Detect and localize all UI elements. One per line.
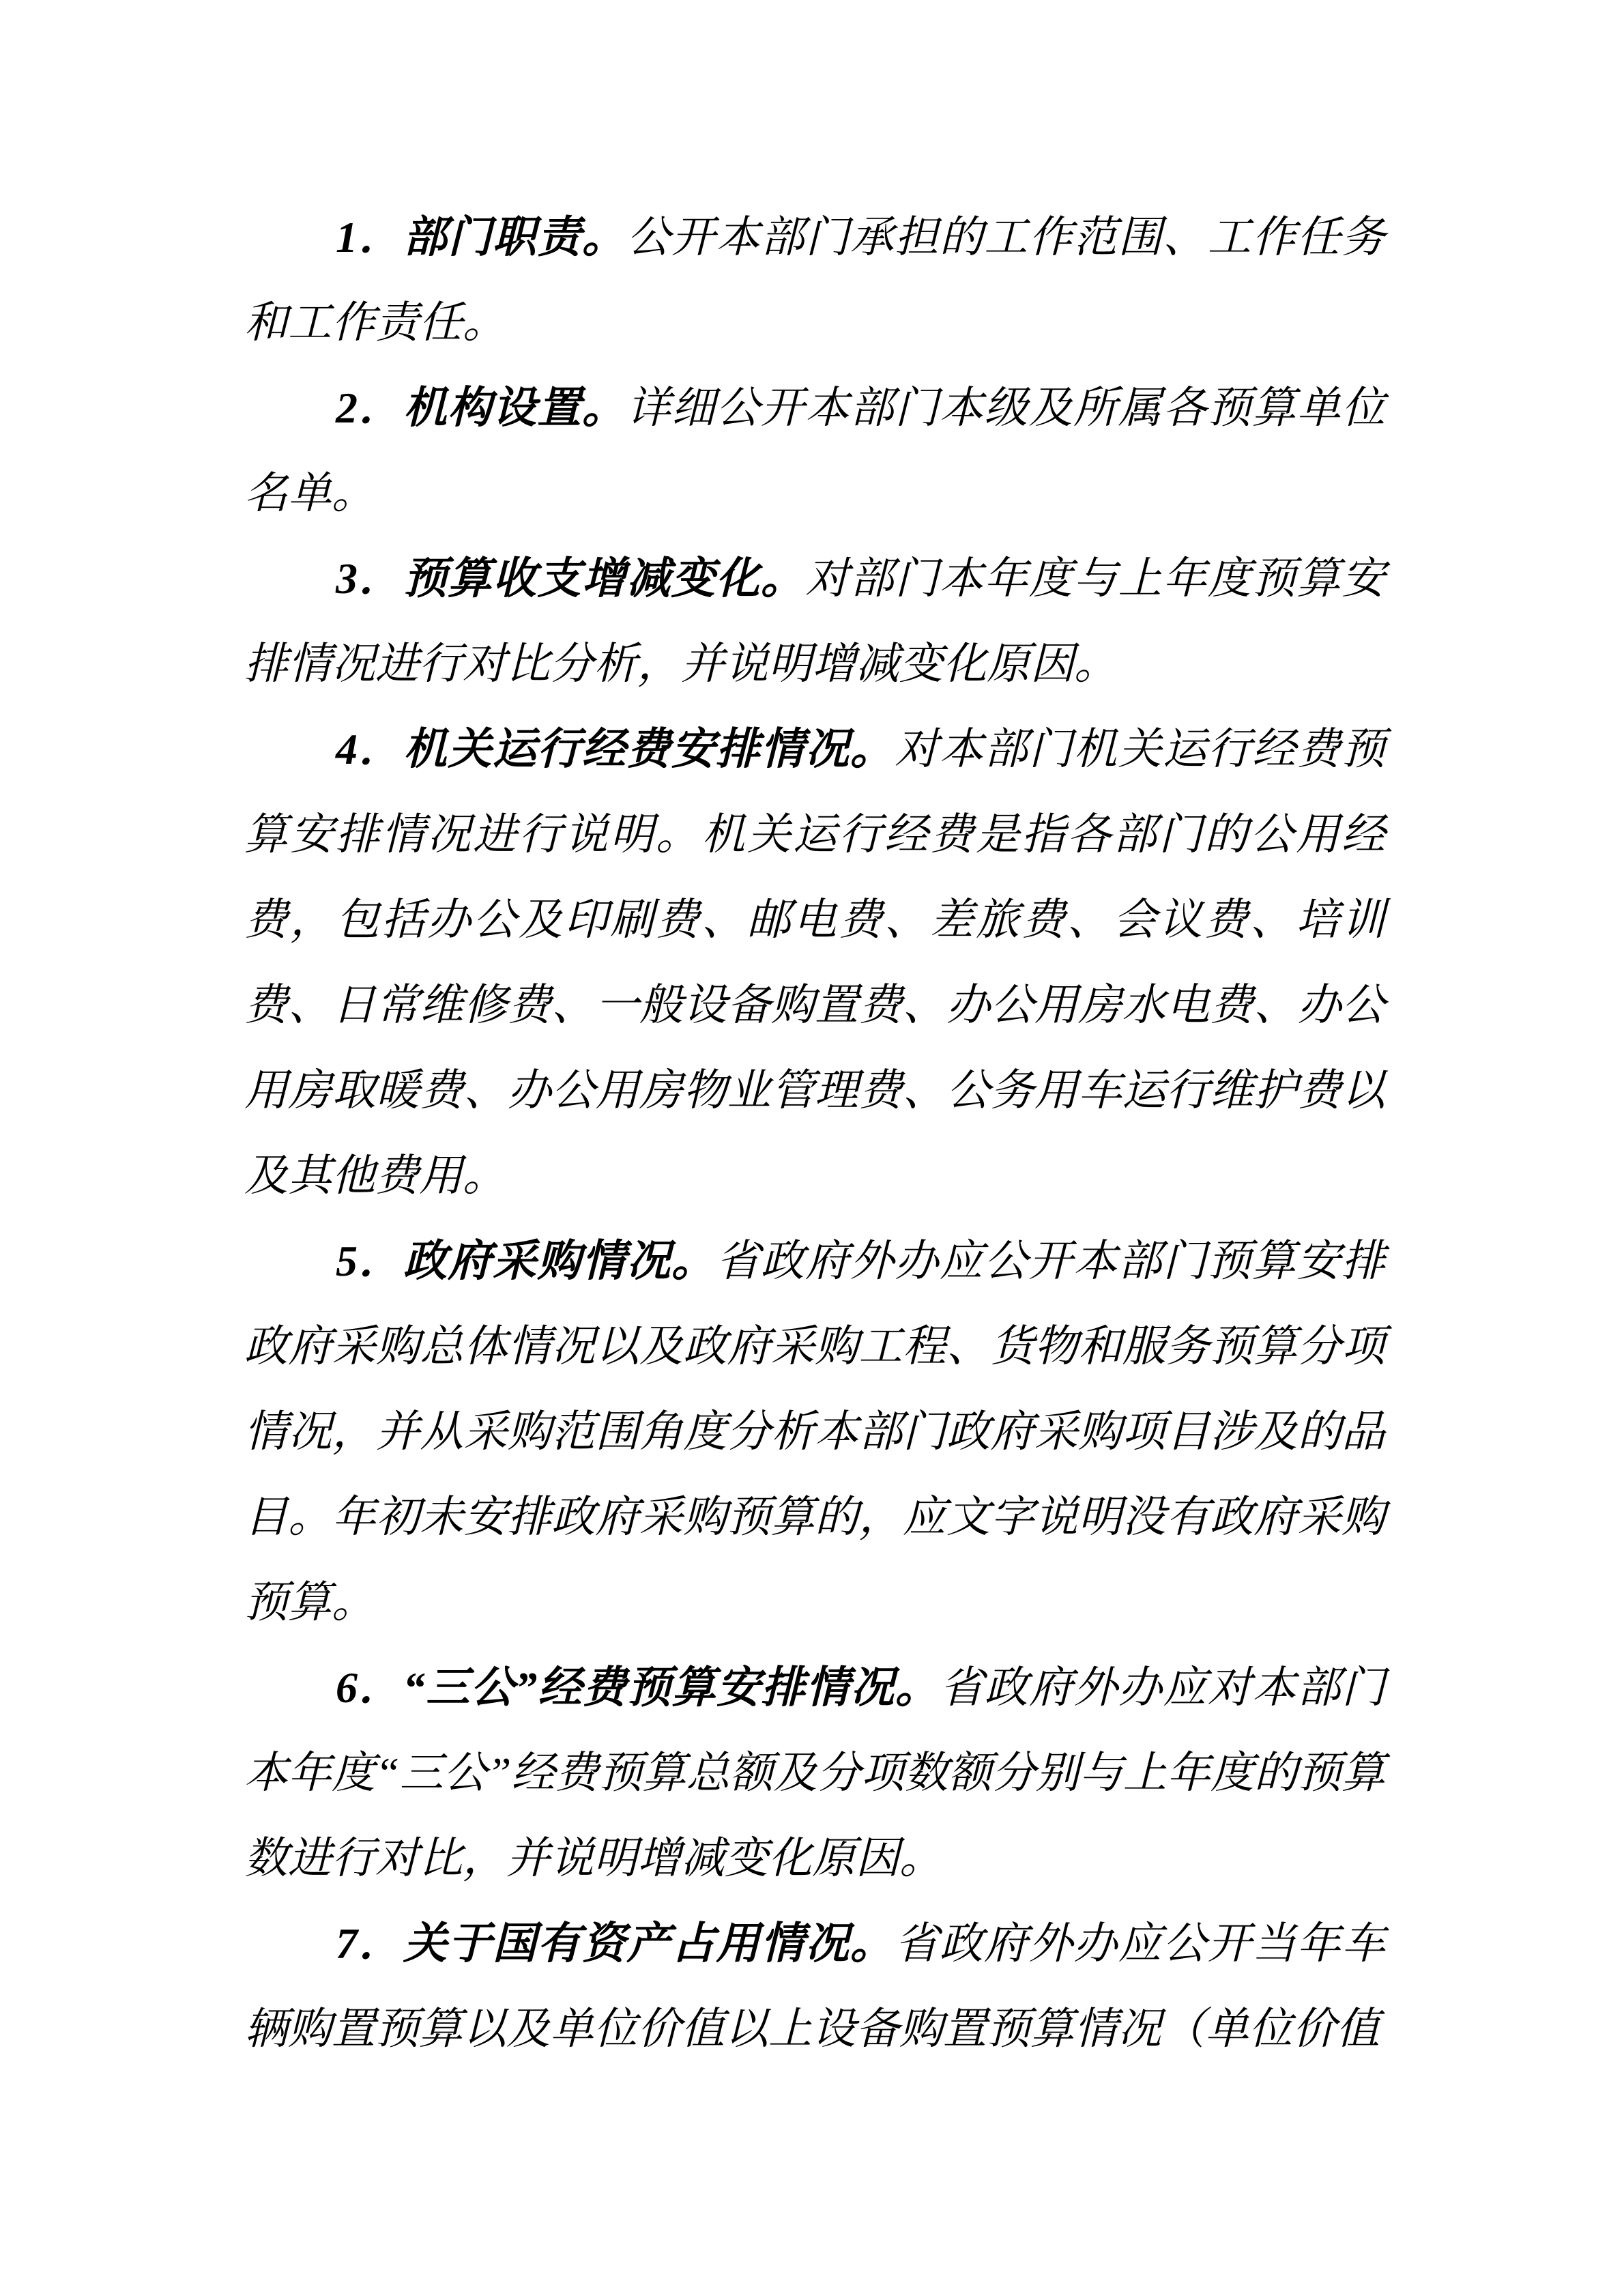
paragraph-3-heading: 3．预算收支增减变化。 — [336, 554, 805, 603]
paragraph-6-heading: 6．“三公”经费预算安排情况。 — [336, 1663, 940, 1712]
paragraph-7: 7．关于国有资产占用情况。省政府外办应公开当年车辆购置预算以及单位价值以上设备购… — [244, 1901, 1385, 2071]
document-text-block: 1．部门职责。公开本部门承担的工作范围、工作任务和工作责任。 2．机构设置。详细… — [244, 195, 1385, 2071]
paragraph-2-heading: 2．机构设置。 — [336, 384, 626, 432]
document-page: 1．部门职责。公开本部门承担的工作范围、工作任务和工作责任。 2．机构设置。详细… — [0, 0, 1624, 2296]
paragraph-3: 3．预算收支增减变化。对部门本年度与上年度预算安排情况进行对比分析，并说明增减变… — [244, 536, 1385, 706]
paragraph-5: 5．政府采购情况。省政府外办应公开本部门预算安排政府采购总体情况以及政府采购工程… — [244, 1218, 1385, 1645]
paragraph-1: 1．部门职责。公开本部门承担的工作范围、工作任务和工作责任。 — [244, 195, 1385, 365]
paragraph-5-heading: 5．政府采购情况。 — [336, 1237, 716, 1285]
paragraph-2: 2．机构设置。详细公开本部门本级及所属各预算单位名单。 — [244, 365, 1385, 536]
paragraph-5-body: 省政府外办应公开本部门预算安排政府采购总体情况以及政府采购工程、货物和服务预算分… — [244, 1237, 1385, 1626]
paragraph-4: 4．机关运行经费安排情况。对本部门机关运行经费预算安排情况进行说明。机关运行经费… — [244, 706, 1385, 1218]
paragraph-6: 6．“三公”经费预算安排情况。省政府外办应对本部门本年度“三公”经费预算总额及分… — [244, 1645, 1385, 1901]
paragraph-7-heading: 7．关于国有资产占用情况。 — [336, 1919, 895, 1968]
paragraph-1-heading: 1．部门职责。 — [336, 213, 626, 261]
paragraph-4-heading: 4．机关运行经费安排情况。 — [336, 725, 895, 773]
paragraph-4-body: 对本部门机关运行经费预算安排情况进行说明。机关运行经费是指各部门的公用经费，包括… — [244, 725, 1385, 1200]
